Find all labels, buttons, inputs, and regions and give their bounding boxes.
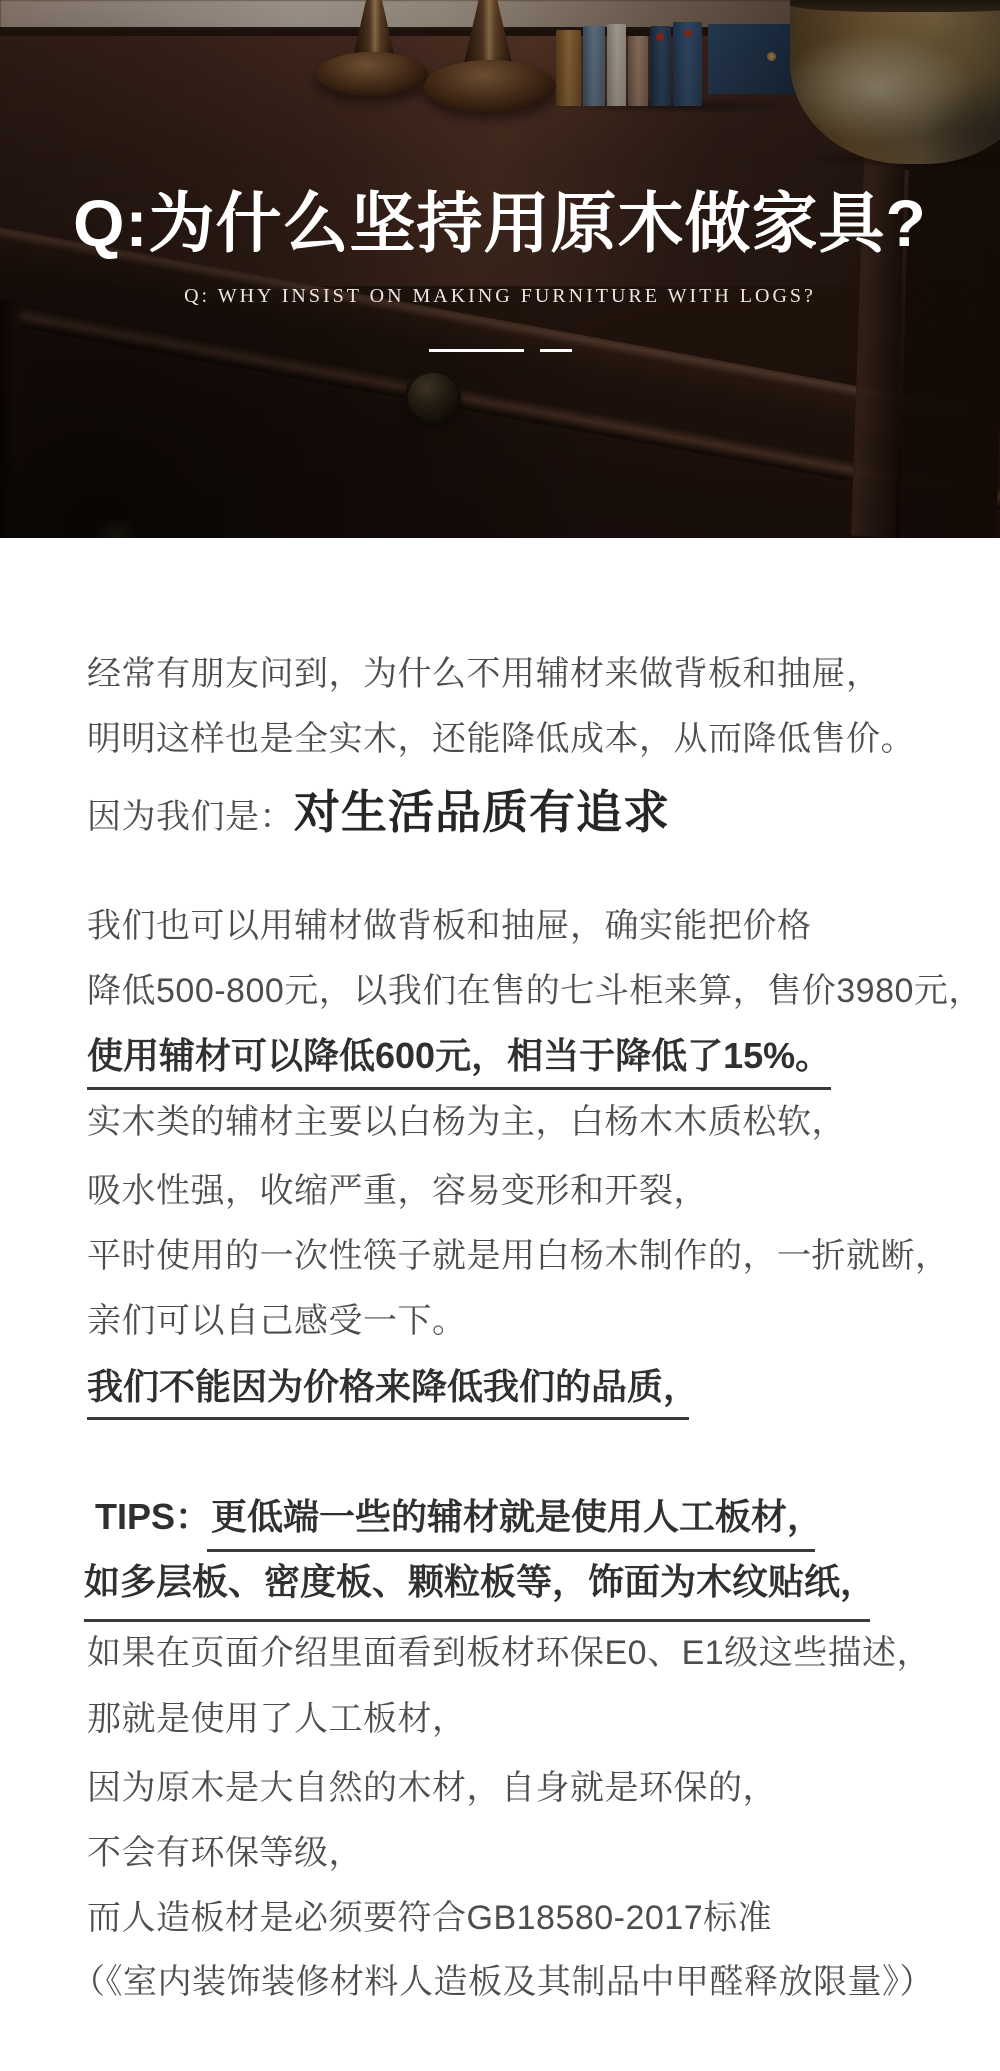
body-line: 而人造板材是必须要符合GB18580-2017标准: [87, 1900, 772, 1937]
body-line: 如果在页面介绍里面看到板材环保E0、E1级这些描述，: [87, 1635, 931, 1672]
body-line: 平时使用的一次性筷子就是用白杨木制作的，一折就断，: [87, 1238, 950, 1275]
underline-rule: [87, 1417, 689, 1420]
underline-rule: [87, 1087, 831, 1090]
divider-long-line: [429, 349, 524, 352]
divider-short-line: [540, 349, 572, 352]
hero-subtitle: Q: WHY INSIST ON MAKING FURNITURE WITH L…: [0, 286, 1000, 306]
tips-text: 更低端一些的辅材就是使用人工板材，: [211, 1496, 823, 1537]
hero-photo: Q:为什么坚持用原木做家具? Q: WHY INSIST ON MAKING F…: [0, 0, 1000, 538]
underline-rule: [207, 1549, 815, 1552]
body-line: （《室内装饰装修材料人造板及其制品中甲醛释放限量》）: [71, 1964, 934, 2001]
body-line: 明明这样也是全实木，还能降低成本，从而降低售价。: [87, 721, 915, 758]
body-line: 不会有环保等级，: [87, 1835, 363, 1872]
body-line: 经常有朋友问到，为什么不用辅材来做背板和抽屉，: [87, 656, 881, 693]
body-line-bold: 如多层板、密度板、颗粒板等，饰面为木纹贴纸，: [84, 1563, 876, 1602]
body-line-bold: 使用辅材可以降低600元，相当于降低了15%。: [87, 1037, 831, 1076]
body-line-prefix: 因为我们是：: [87, 798, 294, 836]
body-line: 我们也可以用辅材做背板和抽屉，确实能把价格: [87, 908, 812, 945]
body-line: 降低500-800元，以我们在售的七斗柜来算，售价3980元，: [87, 973, 983, 1010]
body-line-bold: 我们不能因为价格来降低我们的品质，: [87, 1368, 699, 1407]
highlight-phrase: 对生活品质有追求: [294, 786, 670, 838]
tips-line: TIPS：更低端一些的辅材就是使用人工板材，: [95, 1498, 823, 1537]
body-line: 吸水性强，收缩严重，容易变形和开裂，: [87, 1173, 708, 1210]
corner-vignette: [0, 0, 1000, 538]
tips-label: TIPS：: [95, 1496, 211, 1537]
body-line: 因为我们是：对生活品质有追求: [87, 788, 670, 838]
body-line: 因为原木是大自然的木材，自身就是环保的，: [87, 1770, 777, 1807]
body-line: 那就是使用了人工板材，: [87, 1701, 467, 1738]
body-line: 亲们可以自己感受一下。: [87, 1303, 467, 1340]
body-line: 实木类的辅材主要以白杨为主，白杨木木质松软，: [87, 1104, 846, 1141]
underline-rule: [84, 1619, 870, 1622]
title-divider: [0, 349, 1000, 352]
product-description-page: Q:为什么坚持用原木做家具? Q: WHY INSIST ON MAKING F…: [0, 0, 1000, 2071]
page-title: Q:为什么坚持用原木做家具?: [0, 190, 1000, 256]
